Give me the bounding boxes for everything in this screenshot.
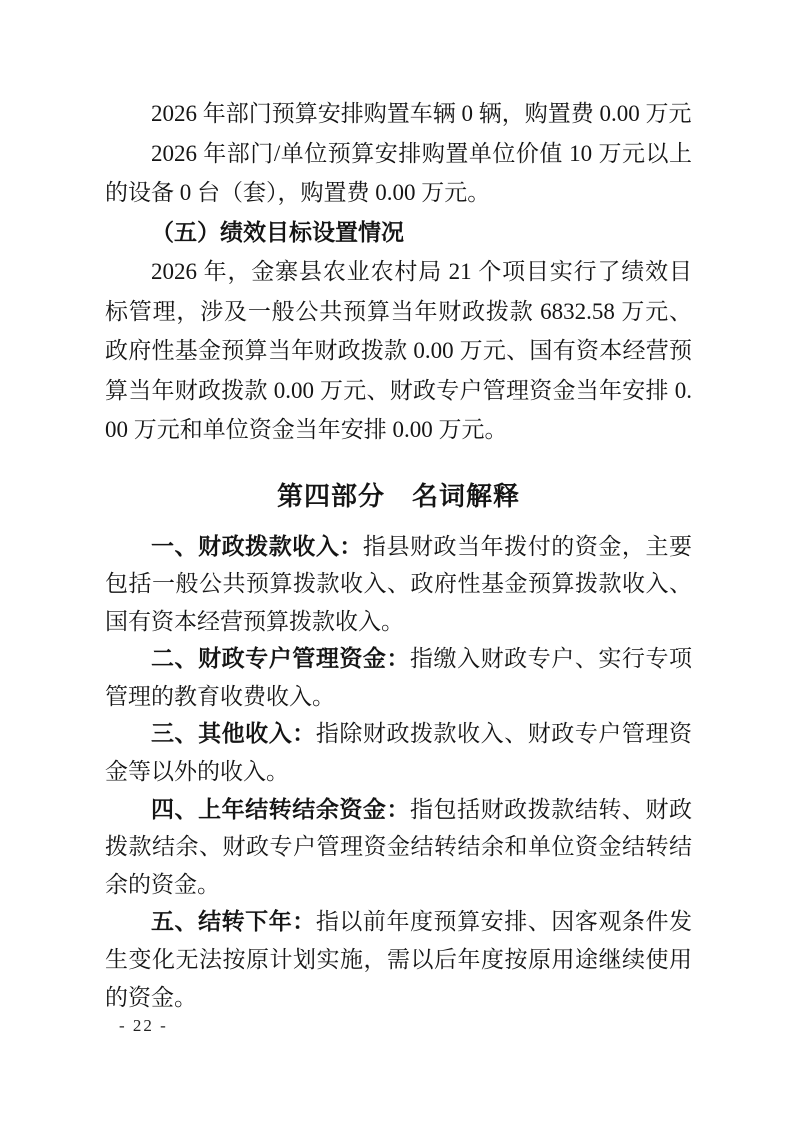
paragraph-vehicle-purchase: 2026 年部门预算安排购置车辆 0 辆，购置费 0.00 万元 <box>105 94 692 134</box>
section5-heading-performance-targets: （五）绩效目标设置情况 <box>105 213 692 253</box>
term-other-income: 三、其他收入：指除财政拨款收入、财政专户管理资金等以外的收入。 <box>105 715 692 790</box>
term-lead-fiscal-special-account-funds: 二、财政专户管理资金： <box>151 645 410 671</box>
term-lead-carryover-to-next-year: 五、结转下年： <box>151 908 316 934</box>
term-carryover-to-next-year: 五、结转下年：指以前年度预算安排、因客观条件发生变化无法按原计划实施，需以后年度… <box>105 903 692 1016</box>
term-fiscal-appropriation-income: 一、财政拨款收入：指县财政当年拨付的资金，主要包括一般公共预算拨款收入、政府性基… <box>105 528 692 641</box>
document-content: 2026 年部门预算安排购置车辆 0 辆，购置费 0.00 万元 2026 年部… <box>105 94 692 1016</box>
term-prior-year-carryover-surplus: 四、上年结转结余资金：指包括财政拨款结转、财政拨款结余、财政专户管理资金结转结余… <box>105 791 692 904</box>
term-lead-other-income: 三、其他收入： <box>151 720 316 746</box>
paragraph-performance-targets: 2026 年，金寨县农业农村局 21 个项目实行了绩效目标管理，涉及一般公共预算… <box>105 252 692 450</box>
term-lead-fiscal-appropriation-income: 一、财政拨款收入： <box>151 533 363 559</box>
page-number: - 22 - <box>119 1016 168 1036</box>
document-page: 2026 年部门预算安排购置车辆 0 辆，购置费 0.00 万元 2026 年部… <box>0 0 793 1122</box>
term-fiscal-special-account-funds: 二、财政专户管理资金：指缴入财政专户、实行专项管理的教育收费收入。 <box>105 640 692 715</box>
glossary-section: 一、财政拨款收入：指县财政当年拨付的资金，主要包括一般公共预算拨款收入、政府性基… <box>105 528 692 1017</box>
term-lead-prior-year-carryover-surplus: 四、上年结转结余资金： <box>151 796 410 822</box>
paragraph-equipment-purchase: 2026 年部门/单位预算安排购置单位价值 10 万元以上的设备 0 台（套），… <box>105 134 692 213</box>
part4-heading-glossary: 第四部分 名词解释 <box>105 478 692 514</box>
